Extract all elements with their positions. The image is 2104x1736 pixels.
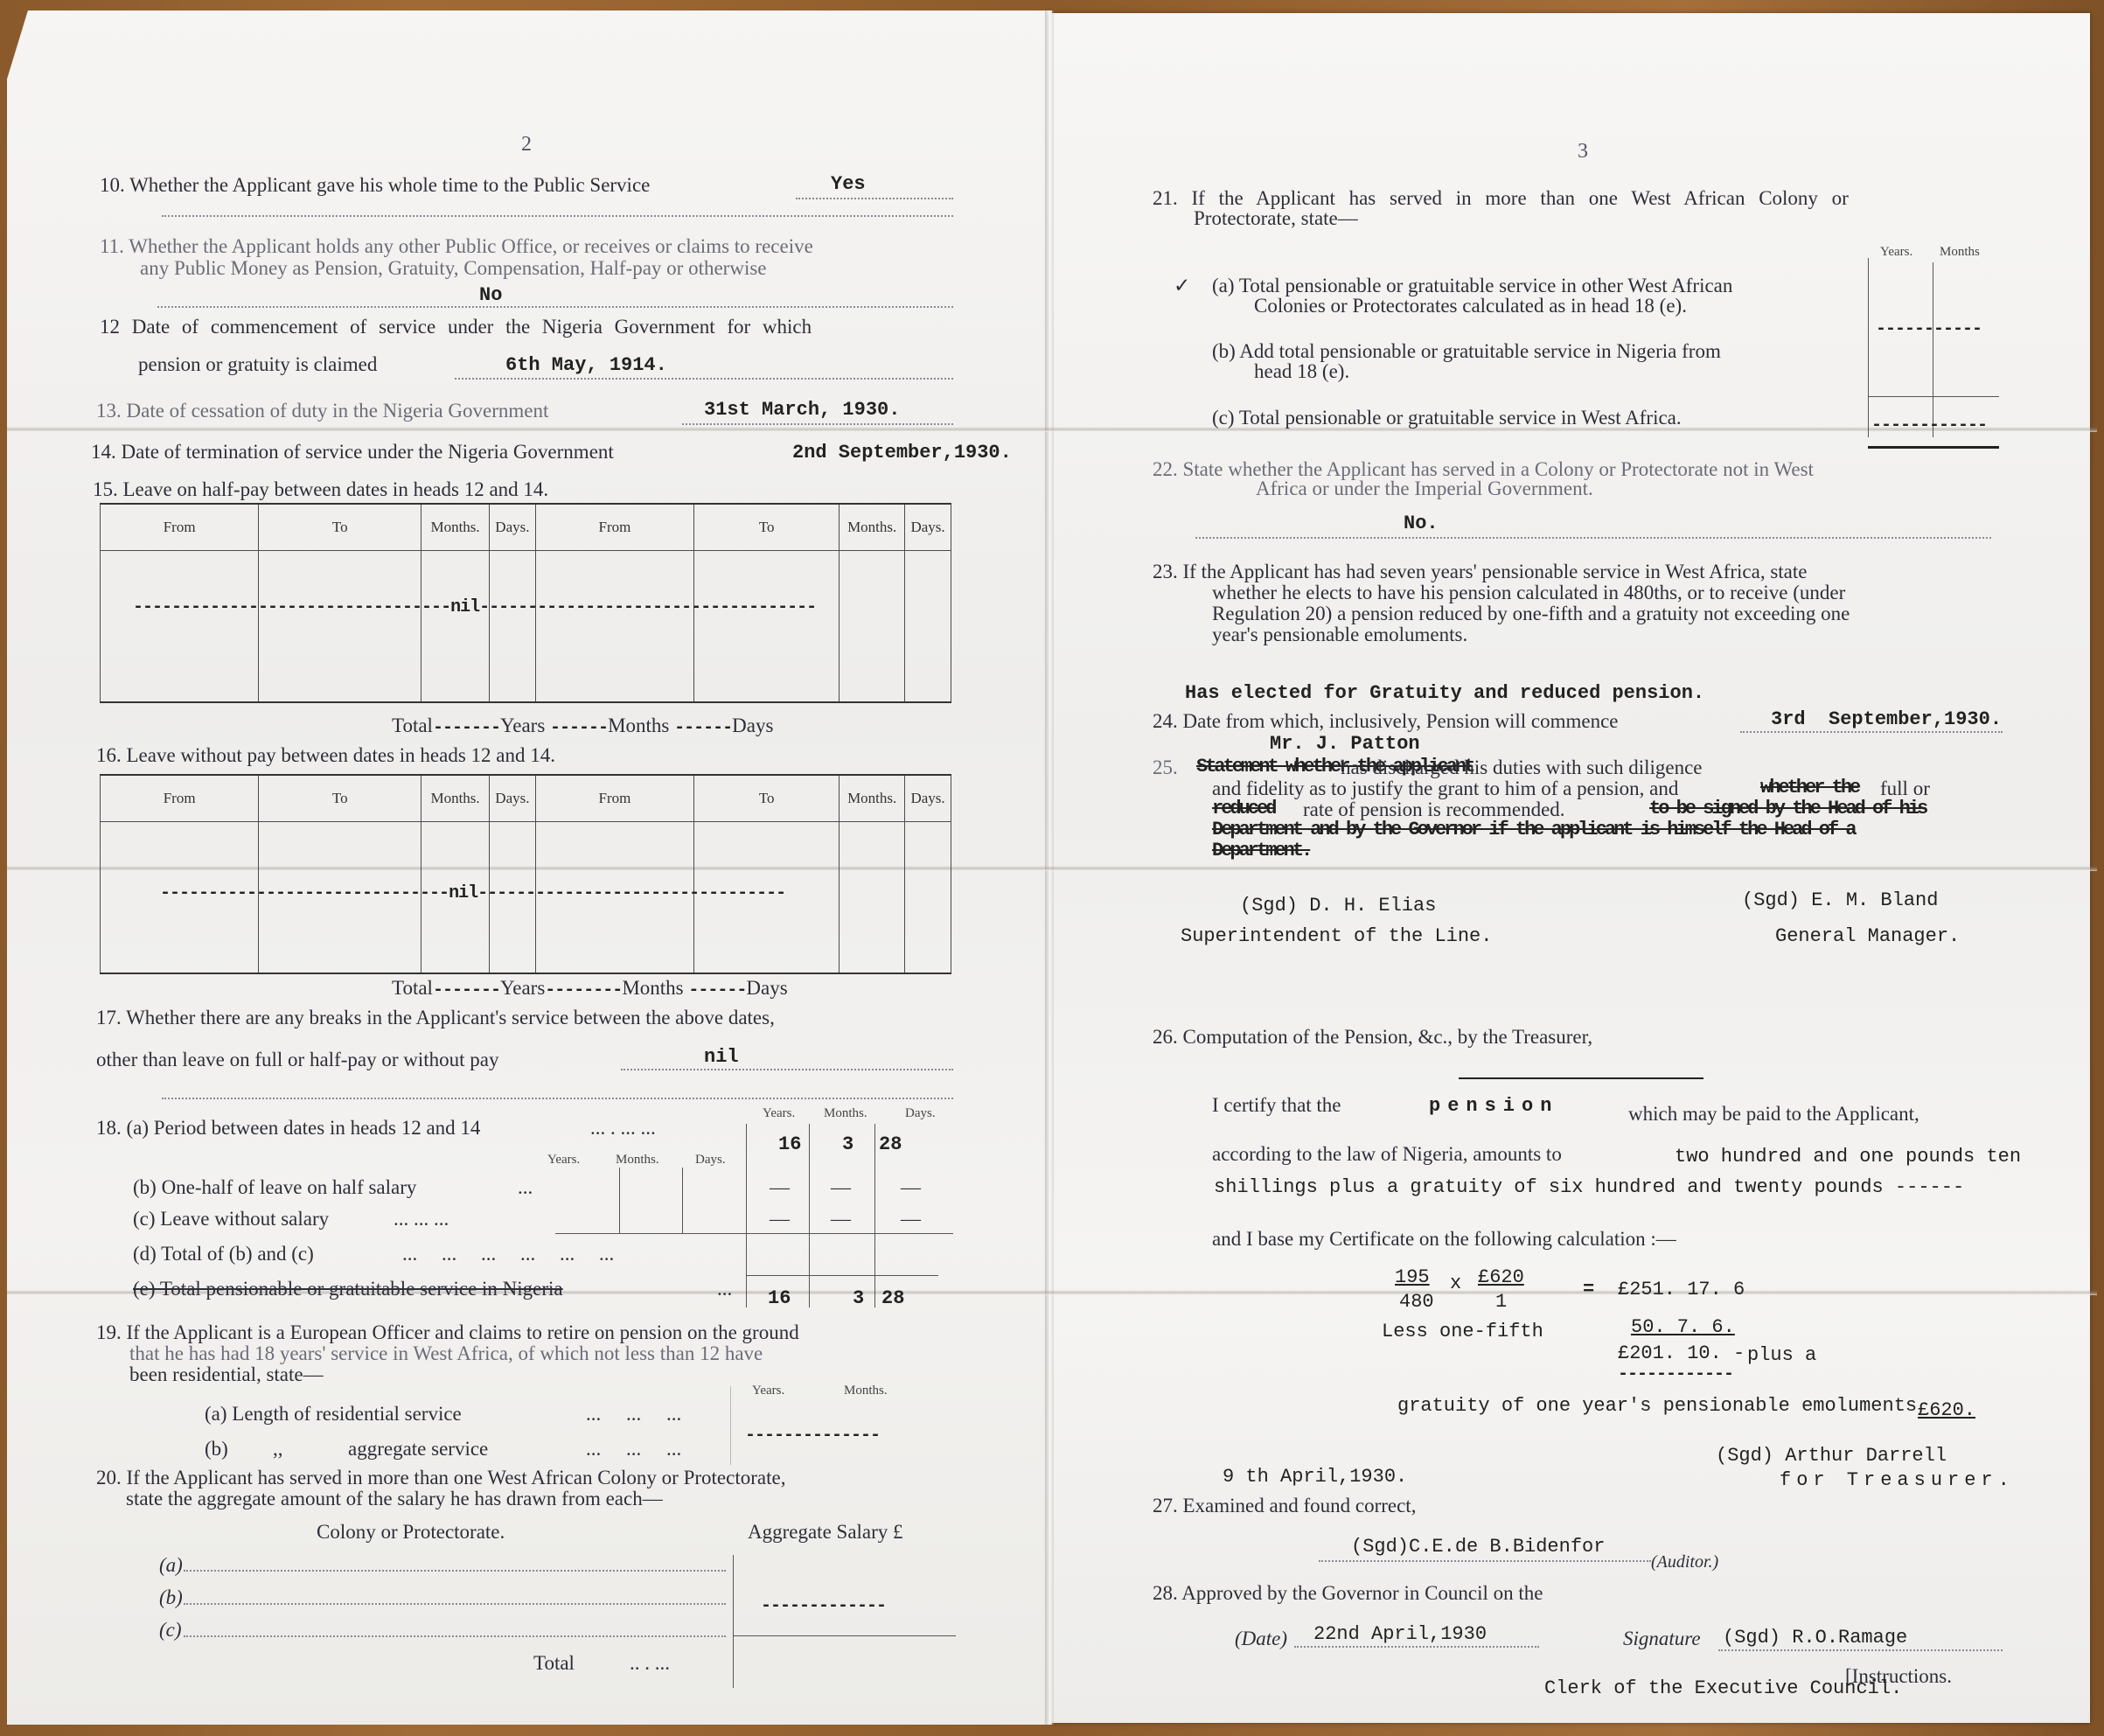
q20-total-dots: .. . ... [630, 1653, 670, 1673]
q20-row-a-line [184, 1570, 726, 1572]
q14-answer: 2nd September,1930. [792, 442, 1012, 464]
q19-line2: that he has had 18 years' service in Wes… [129, 1343, 763, 1363]
q25-line1: has discharged his duties with such dili… [1341, 757, 1703, 777]
q18-sub-col-line [619, 1168, 620, 1233]
q22-underline [1195, 537, 1991, 539]
q18-sub-col-line [682, 1168, 683, 1233]
q18-row-e: (e) Total pensionable or gratuitable ser… [133, 1279, 563, 1299]
q28-date: 22nd April,1930 [1313, 1623, 1487, 1645]
q25-line3: rate of pension is recommended. [1303, 799, 1565, 819]
q17-line2: other than leave on full or half-pay or … [96, 1049, 499, 1070]
q20-col-line [733, 1555, 734, 1688]
q26-law-pre: according to the law of Nigeria, amounts… [1212, 1144, 1562, 1164]
q20-row-c-line [184, 1635, 726, 1637]
q25-inserted-name: Mr. J. Patton [1270, 733, 1420, 755]
q18-a-months: 3 [842, 1133, 853, 1155]
q21-col-line [1933, 262, 1933, 437]
q10-label: 10. Whether the Applicant gave his whole… [100, 175, 650, 195]
calc-numerator-2: £620 [1478, 1266, 1524, 1288]
q25-struck-text: reduced [1212, 798, 1274, 819]
q11-line1: 11. Whether the Applicant holds any othe… [100, 236, 813, 256]
q21-header-years: Years. [1880, 245, 1912, 260]
q18-col-line [874, 1124, 875, 1307]
q20-col-colony: Colony or Protectorate. [317, 1522, 505, 1542]
q18-dots: ... [518, 1177, 533, 1197]
q18-header-years: Years. [763, 1106, 795, 1121]
q22-line2: Africa or under the Imperial Government. [1256, 478, 1593, 498]
q21-a1: (a) Total pensionable or gratuitable ser… [1212, 275, 1732, 296]
q26-certify-word: pension [1429, 1095, 1558, 1117]
col-days-2: Days. [905, 504, 951, 551]
q10-answer: Yes [831, 173, 866, 195]
q12-line1: 12 Date of commencement of service under… [100, 317, 812, 337]
q17-line1: 17. Whether there are any breaks in the … [96, 1007, 775, 1028]
q18-header-days: Days. [905, 1106, 936, 1121]
q23-line2: whether he elects to have his pension ca… [1212, 582, 1845, 603]
q18-c-years: — [770, 1209, 790, 1229]
q21-check-mark: ✓ [1174, 275, 1190, 296]
q28-clerk-title: Clerk of the Executive Council. [1544, 1677, 1902, 1699]
q27-underline [1319, 1560, 1651, 1562]
q20-row-c: (c) [159, 1620, 182, 1640]
calc-less-value: 50. 7. 6. [1631, 1316, 1735, 1338]
q15-label: 15. Leave on half-pay between dates in h… [93, 479, 548, 499]
q12-underline [455, 378, 953, 380]
q22-line1: 22. State whether the Applicant has serv… [1153, 459, 1814, 479]
q20-total: Total [533, 1653, 575, 1673]
q13-answer: 31st March, 1930. [704, 399, 900, 421]
q21-b2: head 18 (e). [1254, 361, 1349, 381]
q18-dots: ... . ... ... [590, 1118, 656, 1138]
calc-net-suffix: plus a [1747, 1344, 1816, 1366]
col-months-2: Months. [840, 504, 905, 551]
q27-label: 27. Examined and found correct, [1153, 1495, 1416, 1516]
q18-a-days: 28 [879, 1133, 902, 1155]
q16-label: 16. Leave without pay between dates in h… [96, 745, 555, 765]
q24-label: 24. Date from which, inclusively, Pensio… [1153, 711, 1619, 731]
q21-line1: 21. If the Applicant has served in more … [1153, 188, 1849, 208]
q26-certify-post: which may be paid to the Applicant, [1628, 1104, 1919, 1124]
q19-b: aggregate service [348, 1439, 488, 1459]
signature-darrell-title: for Treasurer. [1780, 1469, 2015, 1491]
q23-line4: year's pensionable emoluments. [1212, 624, 1467, 645]
col-from: From [101, 775, 259, 822]
q23-line3: Regulation 20) a pension reduced by one-… [1212, 603, 1850, 624]
q19-b-ditto: ,, [273, 1439, 283, 1459]
q16-entry: nil [449, 883, 477, 903]
q18-dots: ... [717, 1279, 732, 1299]
q18-e-days: 28 [881, 1287, 904, 1309]
q18-col-line [746, 1124, 747, 1307]
q19-dots: ... ... ... [586, 1439, 681, 1459]
q21-a2: Colonies or Protectorates calculated as … [1254, 296, 1687, 316]
q28-date-underline [1294, 1646, 1539, 1648]
q28-signature-underline [1718, 1649, 2003, 1651]
q18-e-months: 3 [853, 1287, 864, 1309]
signature-elias-title: Superintendent of the Line. [1181, 925, 1492, 947]
q18-a-years: 16 [778, 1133, 801, 1155]
calc-less-label: Less one-fifth [1382, 1321, 1543, 1342]
q19-header-years: Years. [752, 1384, 784, 1398]
q24-answer: 3rd September,1930. [1771, 708, 2002, 730]
q26-amount-line2: shillings plus a gratuity of six hundred… [1214, 1176, 1964, 1198]
col-days-2: Days. [905, 775, 951, 822]
q25-struck-text: Department and by the Governor if the ap… [1212, 819, 1855, 840]
col-days: Days. [489, 775, 535, 822]
calc-net-double-rule: ------------ [1618, 1364, 1733, 1384]
q17-underline-2 [162, 1098, 953, 1099]
q18-b-years: — [770, 1177, 790, 1197]
q23-answer: Has elected for Gratuity and reduced pen… [1185, 682, 1704, 704]
page-number: 3 [1578, 140, 1588, 164]
q19-b-prefix: (b) [205, 1439, 228, 1459]
q15-nil-row: ---------------------------------nil----… [133, 597, 816, 617]
q19-a: (a) Length of residential service [205, 1404, 462, 1424]
q26-date: 9 th April,1930. [1223, 1466, 1407, 1488]
q28-date-label: (Date) [1235, 1628, 1287, 1649]
q18-subheader-days: Days. [695, 1153, 726, 1168]
col-to: To [259, 775, 421, 822]
q27-role: (Auditor.) [1651, 1553, 1718, 1571]
calc-gratuity: gratuity of one year's pensionable emolu… [1397, 1395, 1917, 1417]
q12-line2: pension or gratuity is claimed [138, 354, 377, 374]
q10-underline [796, 198, 953, 199]
q20-line1: 20. If the Applicant has served in more … [96, 1468, 785, 1488]
q25-struck-text: to be signed by the Head of his [1649, 798, 1926, 819]
q21-dashes-a: ----------- [1876, 319, 1982, 339]
q21-col-line [1868, 258, 1869, 437]
q11-line2: any Public Money as Pension, Gratuity, C… [140, 258, 767, 278]
q18-col-line [809, 1124, 810, 1307]
col-from: From [101, 504, 259, 551]
signature-bland: (Sgd) E. M. Bland [1742, 889, 1938, 911]
horizontal-fold [7, 427, 2097, 432]
q12-answer: 6th May, 1914. [505, 354, 667, 376]
q20-row-b: (b) [159, 1587, 183, 1607]
q21-b1: (b) Add total pensionable or gratuitable… [1212, 341, 1721, 361]
col-from-2: From [535, 775, 693, 822]
q21-line2: Protectorate, state— [1194, 208, 1358, 228]
col-to: To [259, 504, 421, 551]
q21-rule [1868, 396, 1999, 397]
col-from-2: From [535, 504, 693, 551]
q25-line2a: and fidelity as to justify the grant to … [1212, 778, 1678, 798]
q26-rule [1459, 1077, 1703, 1079]
q17-answer: nil [704, 1046, 739, 1068]
q15-total-line: Total-------Years ------Months ------Day… [392, 715, 773, 737]
q16-nil-row: ------------------------------nil-------… [160, 883, 785, 903]
page-number: 2 [521, 133, 532, 157]
q18-row-b: (b) One-half of leave on half salary [133, 1177, 416, 1197]
q13-underline [682, 423, 953, 425]
q19-dashes: -------------- [745, 1426, 880, 1446]
calc-denominator-2: 1 [1495, 1291, 1507, 1313]
q16-total-line: Total-------Years--------Months ------Da… [392, 978, 788, 1000]
q15-entry: nil [450, 597, 479, 617]
q18-c-months: — [831, 1209, 851, 1229]
col-months: Months. [421, 504, 490, 551]
q25-struck-text: whether the [1760, 777, 1858, 798]
q18-row-a: 18. (a) Period between dates in heads 12… [96, 1118, 480, 1138]
q18-subheader-months: Months. [616, 1153, 659, 1168]
q20-col-salary: Aggregate Salary £ [748, 1522, 903, 1542]
q22-answer: No. [1404, 512, 1439, 534]
q26-amount-line1: two hundred and one pounds ten [1675, 1146, 2021, 1168]
q10-underline-2 [162, 215, 953, 217]
q20-row-a: (a) [159, 1555, 183, 1575]
q18-dots: ... ... ... ... ... ... [402, 1244, 614, 1264]
q11-answer: No [479, 284, 502, 306]
q18-c-days: — [901, 1209, 921, 1229]
q20-dashes: ------------- [761, 1596, 886, 1616]
q26-basis: and I base my Certificate on the followi… [1212, 1229, 1676, 1249]
q19-line3: been residential, state— [129, 1364, 324, 1384]
q18-b-days: — [901, 1177, 921, 1197]
q17-underline [621, 1069, 953, 1070]
calc-net: £201. 10. - [1618, 1342, 1745, 1364]
q21-dashes-c: ------------ [1871, 415, 1987, 436]
q21-header-months: Months [1940, 245, 1980, 260]
q26-certify-pre: I certify that the [1212, 1095, 1341, 1115]
q20-line2: state the aggregate amount of the salary… [126, 1488, 663, 1509]
calc-times: x [1450, 1272, 1461, 1294]
calc-denominator-1: 480 [1399, 1291, 1434, 1313]
q14-label: 14. Date of termination of service under… [91, 442, 614, 462]
signature-ramage: (Sgd) R.O.Ramage [1723, 1627, 1907, 1649]
q18-row-c: (c) Leave without salary [133, 1209, 329, 1229]
q28-signature-label: Signature [1623, 1628, 1701, 1649]
signature-auditor: (Sgd)C.E.de B.Bidenfor [1351, 1536, 1605, 1558]
q18-subheader-years: Years. [547, 1153, 580, 1168]
q18-dots: ... ... ... [394, 1209, 449, 1229]
signature-darrell: (Sgd) Arthur Darrell [1716, 1445, 1947, 1467]
q25-line2b: full or [1880, 778, 1930, 798]
col-days: Days. [489, 504, 535, 551]
col-months: Months. [421, 775, 490, 822]
q19-line1: 19. If the Applicant is a European Offic… [96, 1322, 799, 1342]
q18-header-months: Months. [824, 1106, 867, 1121]
q23-line1: 23. If the Applicant has had seven years… [1153, 561, 1808, 582]
col-to-2: To [694, 775, 840, 822]
q20-row-b-line [184, 1603, 726, 1605]
q25-struck-text: Department. [1212, 840, 1310, 861]
q19-header-months: Months. [844, 1384, 888, 1398]
q19-col-line [730, 1386, 731, 1465]
q20-total-rule [733, 1635, 956, 1636]
col-months-2: Months. [840, 775, 905, 822]
q13-label: 13. Date of cessation of duty in the Nig… [96, 401, 548, 421]
signature-bland-title: General Manager. [1775, 925, 1960, 947]
q18-sub-rule [555, 1233, 953, 1234]
q18-b-months: — [831, 1177, 851, 1197]
calc-numerator-1: 195 [1395, 1266, 1430, 1288]
q21-total-rule [1868, 446, 1999, 449]
q25-num: 25. [1153, 757, 1178, 777]
signature-elias: (Sgd) D. H. Elias [1240, 895, 1436, 917]
calc-gratuity-value: £620. [1918, 1399, 1975, 1421]
calc-equals: = [1583, 1279, 1594, 1300]
q11-underline [157, 306, 953, 308]
col-to-2: To [694, 504, 840, 551]
q21-c: (c) Total pensionable or gratuitable ser… [1212, 408, 1682, 428]
q24-underline [1740, 731, 2003, 733]
q26-label: 26. Computation of the Pension, &c., by … [1153, 1027, 1592, 1047]
q19-dots: ... ... ... [586, 1404, 681, 1424]
q18-total-rule [746, 1275, 938, 1276]
q16-leave-table: From To Months. Days. From To Months. Da… [100, 774, 951, 974]
q18-row-d: (d) Total of (b) and (c) [133, 1244, 314, 1264]
calc-result: £251. 17. 6 [1618, 1279, 1745, 1300]
q28-label: 28. Approved by the Governor in Council … [1153, 1583, 1543, 1603]
q18-e-years: 16 [768, 1287, 791, 1309]
